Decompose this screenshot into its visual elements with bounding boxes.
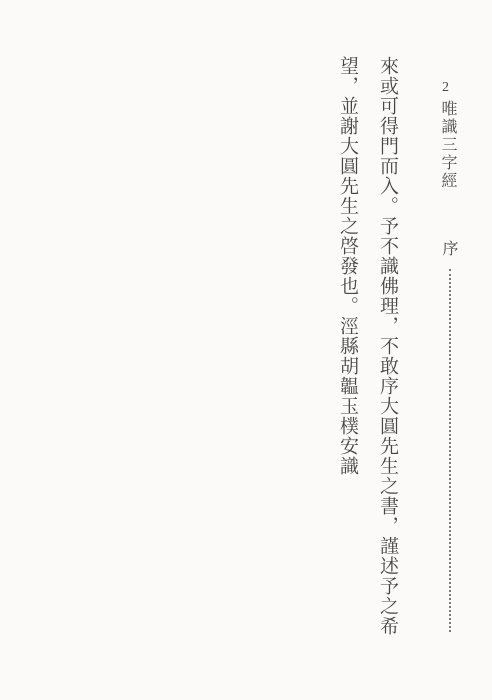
- running-title: 唯識三字經: [436, 100, 459, 190]
- text-column-1: 來或可得門而入。予不識佛理，不敢序大圓先生之書，謹述予之希: [367, 56, 407, 636]
- section-label: 序: [437, 240, 460, 256]
- book-page: 2 唯識三字經 序 來或可得門而入。予不識佛理，不敢序大圓先生之書，謹述予之希 …: [0, 0, 492, 700]
- text-column-2: 望，並謝大圓先生之啓發也。涇縣胡韞玉樸安識: [327, 56, 367, 476]
- page-number: 2: [442, 80, 449, 96]
- dotted-leader-line: [449, 269, 451, 632]
